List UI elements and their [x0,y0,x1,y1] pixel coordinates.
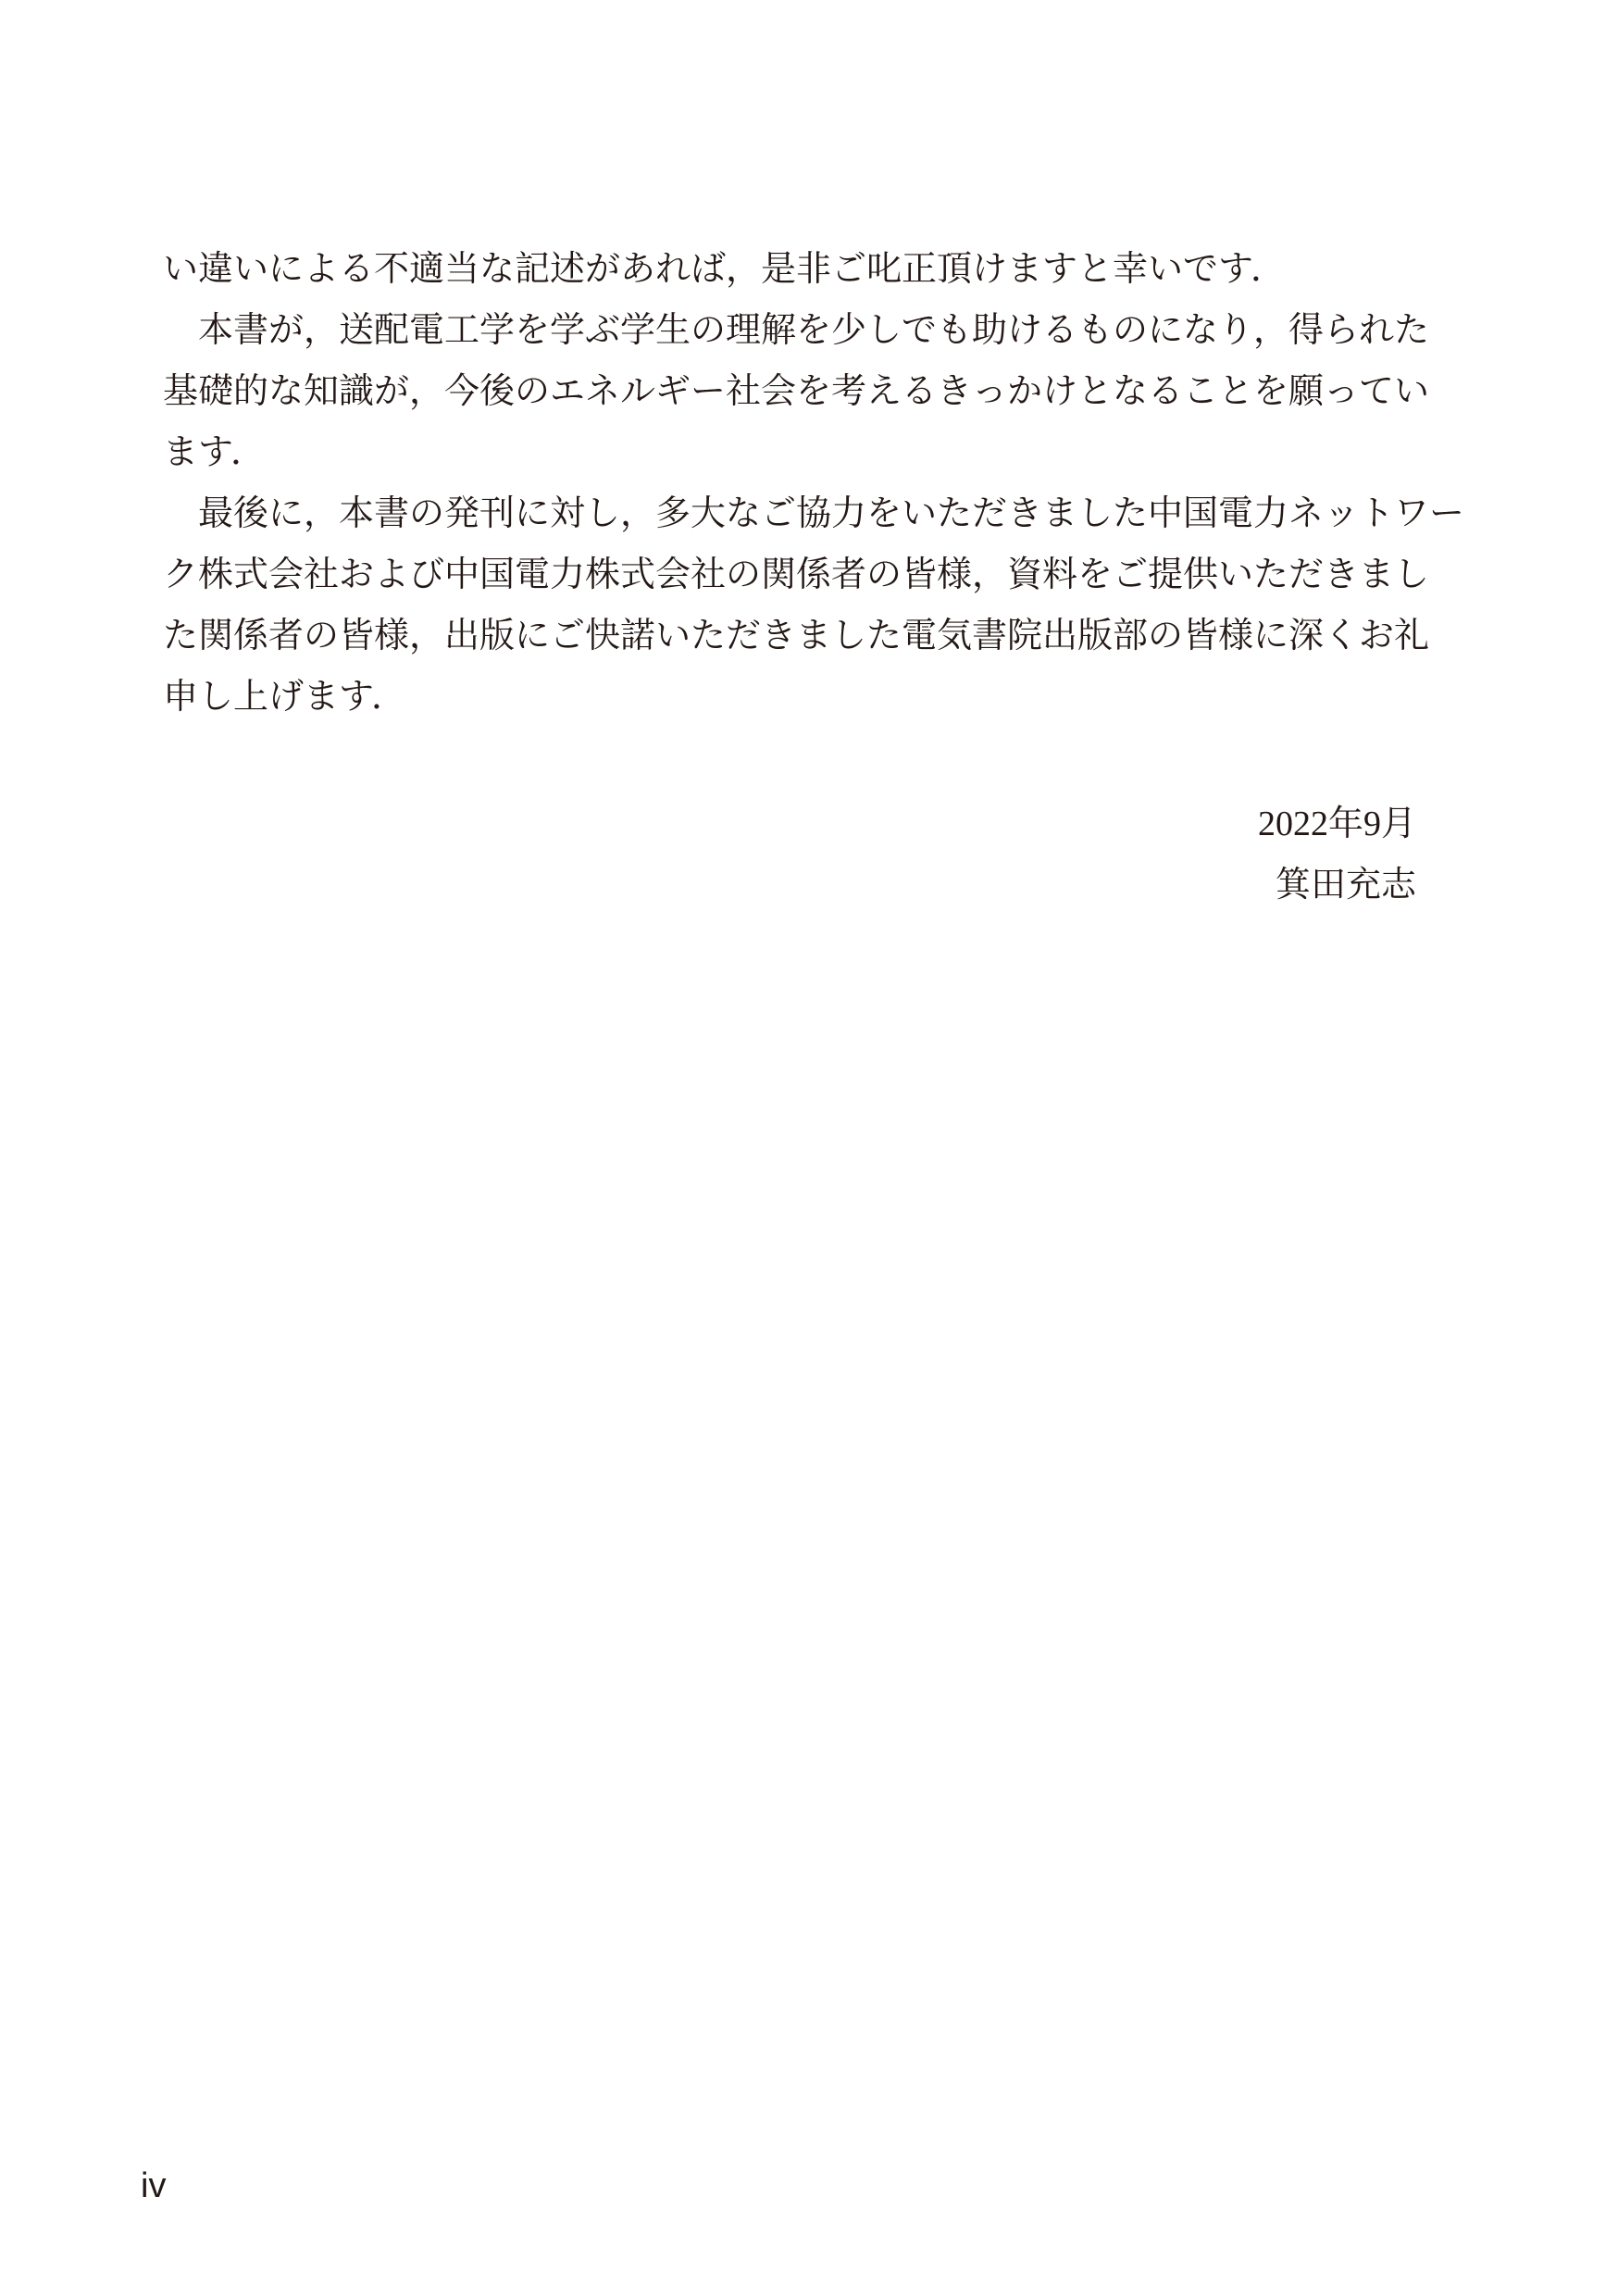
page-number: iv [141,2168,166,2203]
signoff: 2022年9月 箕田充志 [1258,793,1416,916]
body-text-line: ます． [163,422,1442,483]
body-text-line: た関係者の皆様，出版にご快諾いただきました電気書院出版部の皆様に深くお礼 [163,605,1442,667]
body-text-line: 本書が，送配電工学を学ぶ学生の理解を少しでも助けるものになり，得られた [163,300,1442,361]
body-text-line: い違いによる不適当な記述があれば，是非ご叱正頂けますと幸いです． [163,239,1442,300]
body-text-line: ク株式会社および中国電力株式会社の関係者の皆様，資料をご提供いただきまし [163,544,1442,605]
body-text-line: 申し上げます． [163,667,1442,728]
body-text-line: 基礎的な知識が，今後のエネルギー社会を考えるきっかけとなることを願ってい [163,361,1442,422]
book-page: い違いによる不適当な記述があれば，是非ご叱正頂けますと幸いです． 本書が，送配電… [0,0,1618,2296]
preface-body: い違いによる不適当な記述があれば，是非ご叱正頂けますと幸いです． 本書が，送配電… [163,239,1442,728]
publication-date: 2022年9月 [1258,793,1416,855]
body-text-line: 最後に，本書の発刊に対し，多大なご協力をいただきました中国電力ネットワー [163,483,1442,544]
author-name: 箕田充志 [1258,855,1416,916]
